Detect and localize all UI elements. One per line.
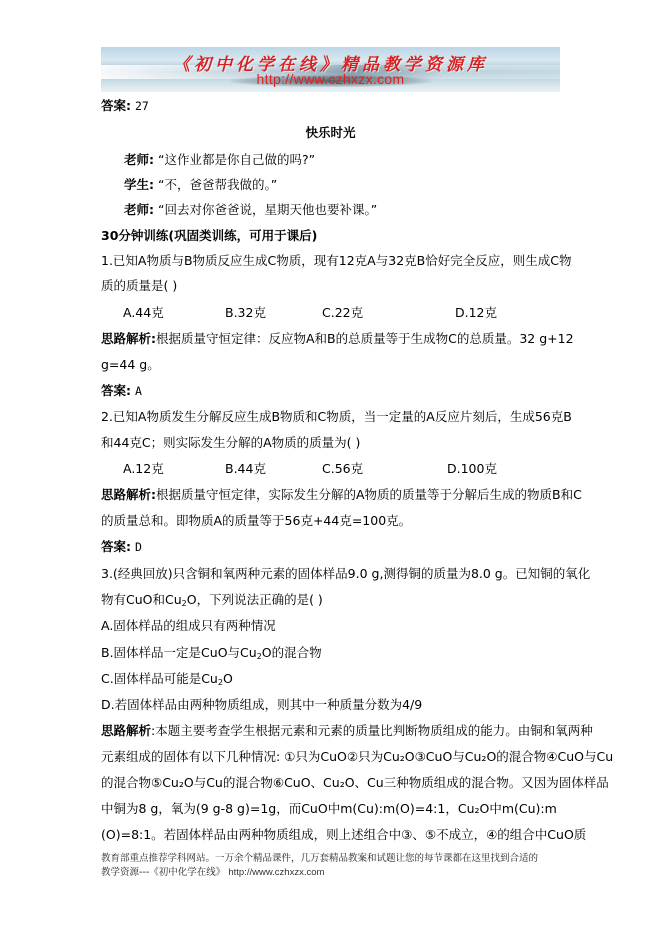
dialogue-line: 老师: “这作业都是你自己做的吗?” xyxy=(124,152,315,168)
analysis-text: 根据质量守恒定律：反应物A和B的总质量等于生成物C的总质量。32 g+12 xyxy=(156,331,574,346)
q1-answer: 答案: A xyxy=(101,383,142,399)
analysis-label: 思路解析: xyxy=(101,487,156,502)
q1-analysis-line2: g=44 g。 xyxy=(101,357,160,373)
q3-stem-line1: 3.(经典回放)只含铜和氧两种元素的固体样品9.0 g,测得铜的质量为8.0 g… xyxy=(101,566,590,582)
q3-stem-text: 物有CuO和Cu xyxy=(101,592,182,607)
q3-option-b: B.固体样品一定是CuO与Cu2O的混合物 xyxy=(101,645,322,661)
dialogue-speaker: 老师: xyxy=(124,152,154,167)
dialogue-speaker: 老师: xyxy=(124,202,154,217)
answer-value: A xyxy=(135,384,142,398)
q3-analysis-line1: 思路解析:本题主要考查学生根据元素和元素的质量比判断物质组成的能力。由铜和氧两种 xyxy=(101,723,593,739)
dialogue-text: “不，爸爸帮我做的。” xyxy=(158,177,277,192)
q3-analysis-line4: 中铜为8 g，氧为(9 g-8 g)=1g，而CuO中m(Cu):m(O)=4:… xyxy=(101,801,557,817)
site-banner: 《初中化学在线》精品教学资源库 http://www.czhxzx.com xyxy=(101,47,560,92)
dialogue-line: 老师: “回去对你爸爸说，星期天他也要补课。” xyxy=(124,202,377,218)
footer-text: 教学资源---《初中化学在线》 xyxy=(101,867,225,878)
footer-line1: 教育部重点推荐学科网站。一万余个精品课件，几万套精品教案和试题让您的每节课都在这… xyxy=(101,852,538,866)
q1-analysis-line1: 思路解析:根据质量守恒定律：反应物A和B的总质量等于生成物C的总质量。32 g+… xyxy=(101,331,574,347)
q3-option-c: C.固体样品可能是Cu2O xyxy=(101,671,233,687)
dialogue-speaker: 学生: xyxy=(124,177,154,192)
footer-link[interactable]: http://www.czhxzx.com xyxy=(228,867,324,878)
dialogue-text: “这作业都是你自己做的吗?” xyxy=(158,152,315,167)
q2-option-b: B.44克 xyxy=(225,461,266,477)
q1-option-d: D.12克 xyxy=(455,305,497,321)
q2-analysis-line2: 的质量总和。即物质A的质量等于56克+44克=100克。 xyxy=(101,513,411,529)
analysis-text: :本题主要考查学生根据元素和元素的质量比判断物质组成的能力。由铜和氧两种 xyxy=(151,723,593,738)
q2-stem-line1: 2.已知A物质发生分解反应生成B物质和C物质，当一定量的A反应片刻后，生成56克… xyxy=(101,409,572,425)
option-text: O xyxy=(223,671,233,686)
answer-value: 27 xyxy=(135,99,149,113)
q3-stem-text: O，下列说法正确的是( ) xyxy=(187,592,323,607)
q3-option-a: A.固体样品的组成只有两种情况 xyxy=(101,618,276,634)
q2-option-a: A.12克 xyxy=(123,461,164,477)
analysis-text: 根据质量守恒定律，实际发生分解的A物质的质量等于分解后生成的物质B和C xyxy=(156,487,582,502)
banner-url[interactable]: http://www.czhxzx.com xyxy=(101,71,560,87)
q1-option-a: A.44克 xyxy=(123,305,164,321)
previous-answer: 答案: 27 xyxy=(101,98,149,114)
q3-analysis-line5: (O)=8:1。若固体样品由两种物质组成，则上述组合中③、⑤不成立，④的组合中C… xyxy=(101,827,586,843)
analysis-label: 思路解析: xyxy=(101,331,156,346)
humor-title: 快乐时光 xyxy=(0,125,661,141)
q2-option-c: C.56克 xyxy=(322,461,363,477)
q1-stem-line2: 质的质量是( ) xyxy=(101,278,177,294)
answer-value: D xyxy=(135,540,142,554)
option-text: O的混合物 xyxy=(262,645,322,660)
q3-analysis-line2: 元素组成的固体有以下几种情况: ①只为CuO②只为Cu₂O③CuO与Cu₂O的混… xyxy=(101,749,613,765)
answer-label: 答案: xyxy=(101,383,131,398)
option-text: B.固体样品一定是CuO与Cu xyxy=(101,645,257,660)
analysis-label: 思路解析 xyxy=(101,723,151,738)
q1-option-b: B.32克 xyxy=(225,305,266,321)
footer-line2: 教学资源---《初中化学在线》 http://www.czhxzx.com xyxy=(101,866,324,880)
q1-option-c: C.22克 xyxy=(322,305,363,321)
q2-stem-line2: 和44克C；则实际发生分解的A物质的质量为( ) xyxy=(101,435,360,451)
answer-label: 答案: xyxy=(101,539,131,554)
q3-analysis-line3: 的混合物⑤Cu₂O与Cu的混合物⑥CuO、Cu₂O、Cu三种物质组成的混合物。又… xyxy=(101,775,609,791)
q3-option-d: D.若固体样品由两种物质组成，则其中一种质量分数为4/9 xyxy=(101,697,422,713)
q3-stem-line2: 物有CuO和Cu2O，下列说法正确的是( ) xyxy=(101,592,323,608)
q2-option-d: D.100克 xyxy=(447,461,497,477)
q2-answer: 答案: D xyxy=(101,539,142,555)
section-heading: 30分钟训练(巩固类训练，可用于课后) xyxy=(101,228,317,244)
option-text: C.固体样品可能是Cu xyxy=(101,671,218,686)
q1-stem-line1: 1.已知A物质与B物质反应生成C物质，现有12克A与32克B恰好完全反应，则生成… xyxy=(101,253,571,269)
q2-analysis-line1: 思路解析:根据质量守恒定律，实际发生分解的A物质的质量等于分解后生成的物质B和C xyxy=(101,487,582,503)
dialogue-line: 学生: “不，爸爸帮我做的。” xyxy=(124,177,277,193)
answer-label: 答案: xyxy=(101,98,131,113)
dialogue-text: “回去对你爸爸说，星期天他也要补课。” xyxy=(158,202,377,217)
